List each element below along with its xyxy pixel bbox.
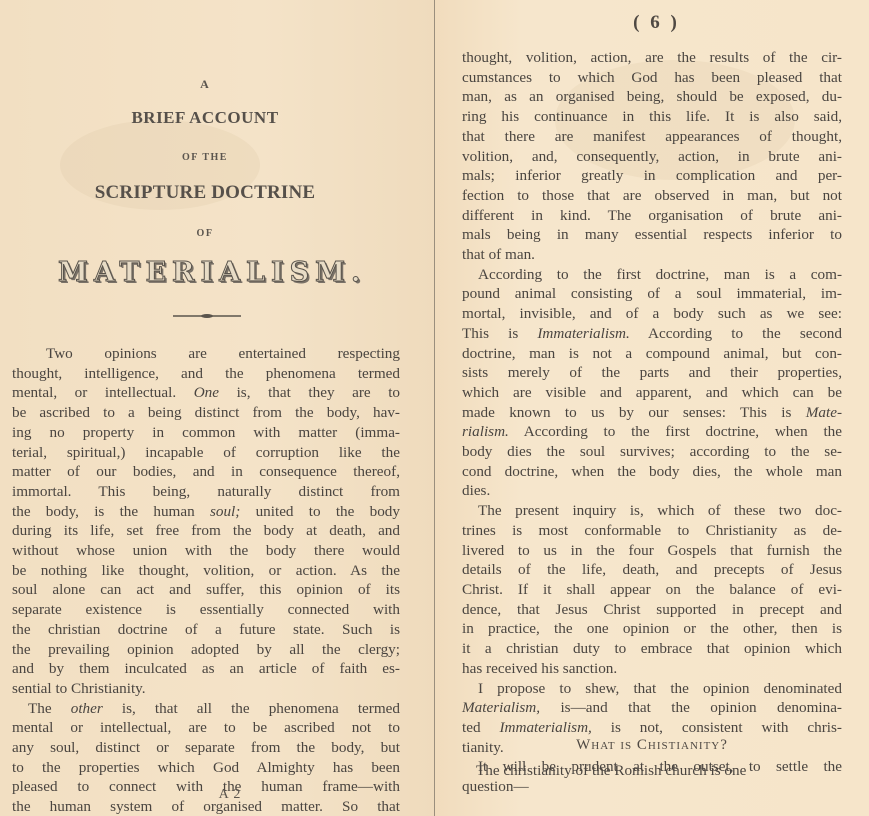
text-line: terial, spiritual,) incapable of corrupt… xyxy=(12,443,400,463)
title-article: A xyxy=(40,77,370,92)
text-line: immortal. This being, naturally distinct… xyxy=(12,482,400,502)
text-line: soul alone can act and suffer, this opin… xyxy=(12,580,400,600)
text-line: ring his continuance in this life. It is… xyxy=(462,107,842,127)
text-line: to the properties which God Almighty has… xyxy=(12,758,400,778)
text-line: be nothing like thought, volition, or ac… xyxy=(12,561,400,581)
text-line: ing no property in common with matter (i… xyxy=(12,423,400,443)
right-page-body: thought, volition, action, are the resul… xyxy=(462,48,842,797)
text-line: thought, intelligence, and the phenomena… xyxy=(12,364,400,384)
text-line: mental or intellectual, are to be ascrib… xyxy=(12,718,400,738)
text-line: The present inquiry is, which of these t… xyxy=(462,501,842,521)
text-line: that of man. xyxy=(462,245,842,265)
text-line: volition, and, consequently, action, in … xyxy=(462,147,842,167)
text-line: mortal, invisible, and of a body such as… xyxy=(462,304,842,324)
title-materialism: MATERIALISM. xyxy=(58,257,358,288)
left-page: A BRIEF ACCOUNT OF THE SCRIPTURE DOCTRIN… xyxy=(0,0,434,816)
text-line: sists merely of the parts and their prop… xyxy=(462,363,842,383)
text-line: I propose to shew, that the opinion deno… xyxy=(462,679,842,699)
text-line: any soul, distinct or separate from the … xyxy=(12,738,400,758)
text-line: man, as an organised being, should be ex… xyxy=(462,87,842,107)
text-line: pound animal consisting of a soul immate… xyxy=(462,284,842,304)
text-line: different in kind. The organisation of b… xyxy=(462,206,842,226)
text-line: Two opinions are entertained respecting xyxy=(12,344,400,364)
right-page-final-line: The christianity of the Romish church is… xyxy=(462,762,842,780)
text-line: livered to us in the four Gospels that f… xyxy=(462,541,842,561)
text-line: has received his sanction. xyxy=(462,659,842,679)
text-line: it a christian duty to embrace that opin… xyxy=(462,639,842,659)
text-line: The christianity of the Romish church is… xyxy=(462,762,842,780)
left-page-body: Two opinions are entertained respectingt… xyxy=(12,344,400,816)
text-line: mals; inferior greatly in complication a… xyxy=(462,166,842,186)
title-brief-account: BRIEF ACCOUNT xyxy=(40,108,370,128)
text-line: during its life, set free from the body … xyxy=(12,521,400,541)
text-line: fection to those that are observed in ma… xyxy=(462,186,842,206)
text-line: the christian doctrine of a future state… xyxy=(12,620,400,640)
text-line: thought, volition, action, are the resul… xyxy=(462,48,842,68)
text-line: details of the life, death, and precepts… xyxy=(462,560,842,580)
title-scripture-doctrine: SCRIPTURE DOCTRINE xyxy=(40,182,370,204)
text-line: Christ. If it shall appear on the balanc… xyxy=(462,580,842,600)
text-line: trines is most conformable to Christiani… xyxy=(462,521,842,541)
text-line: doctrine, man is not a compound animal, … xyxy=(462,344,842,364)
text-line: cumstances to which God has been pleased… xyxy=(462,68,842,88)
text-line: cond doctrine, when the body dies, the w… xyxy=(462,462,842,482)
text-line: made known to us by our senses: This is … xyxy=(462,403,842,423)
text-line: body dies the soul survives; according t… xyxy=(462,442,842,462)
text-line: dies. xyxy=(462,481,842,501)
text-line: be ascribed to a being distinct from the… xyxy=(12,403,400,423)
text-line: matter of our bodies, and in consequence… xyxy=(12,462,400,482)
ornamental-rule-icon xyxy=(173,314,241,318)
text-line: in practice, the one opinion or the othe… xyxy=(462,619,842,639)
title-of-the: OF THE xyxy=(40,152,370,163)
text-line: without whose union with the body there … xyxy=(12,541,400,561)
text-line: the body, is the human soul; united to t… xyxy=(12,502,400,522)
text-line: According to the first doctrine, man is … xyxy=(462,265,842,285)
text-line: Materialism, is—and that the opinion den… xyxy=(462,698,842,718)
page-number: ( 6 ) xyxy=(610,12,700,34)
text-line: sential to Christianity. xyxy=(12,679,400,699)
signature-mark: A 2 xyxy=(200,787,260,803)
text-line: that there are manifest appearances of t… xyxy=(462,127,842,147)
text-line: rialism. According to the first doctrine… xyxy=(462,422,842,442)
text-line: the prevailing opinion adopted by all th… xyxy=(12,640,400,660)
text-line: The other is, that all the phenomena ter… xyxy=(12,699,400,719)
text-line: dence, that Jesus Christ supported in pr… xyxy=(462,600,842,620)
text-line: mals being in many essential respects in… xyxy=(462,225,842,245)
text-line: separate existence is essentially connec… xyxy=(12,600,400,620)
text-line: ted Immaterialism, is not, consistent wi… xyxy=(462,718,842,738)
text-line: This is Immaterialism. According to the … xyxy=(462,324,842,344)
text-line: and by them inculcated as an article of … xyxy=(12,659,400,679)
text-line: mental, or intellectual. One is, that th… xyxy=(12,383,400,403)
title-of: OF xyxy=(40,228,370,239)
section-subheading: What is Chistianity? xyxy=(462,737,842,754)
text-line: which are visible and apparent, and whic… xyxy=(462,383,842,403)
